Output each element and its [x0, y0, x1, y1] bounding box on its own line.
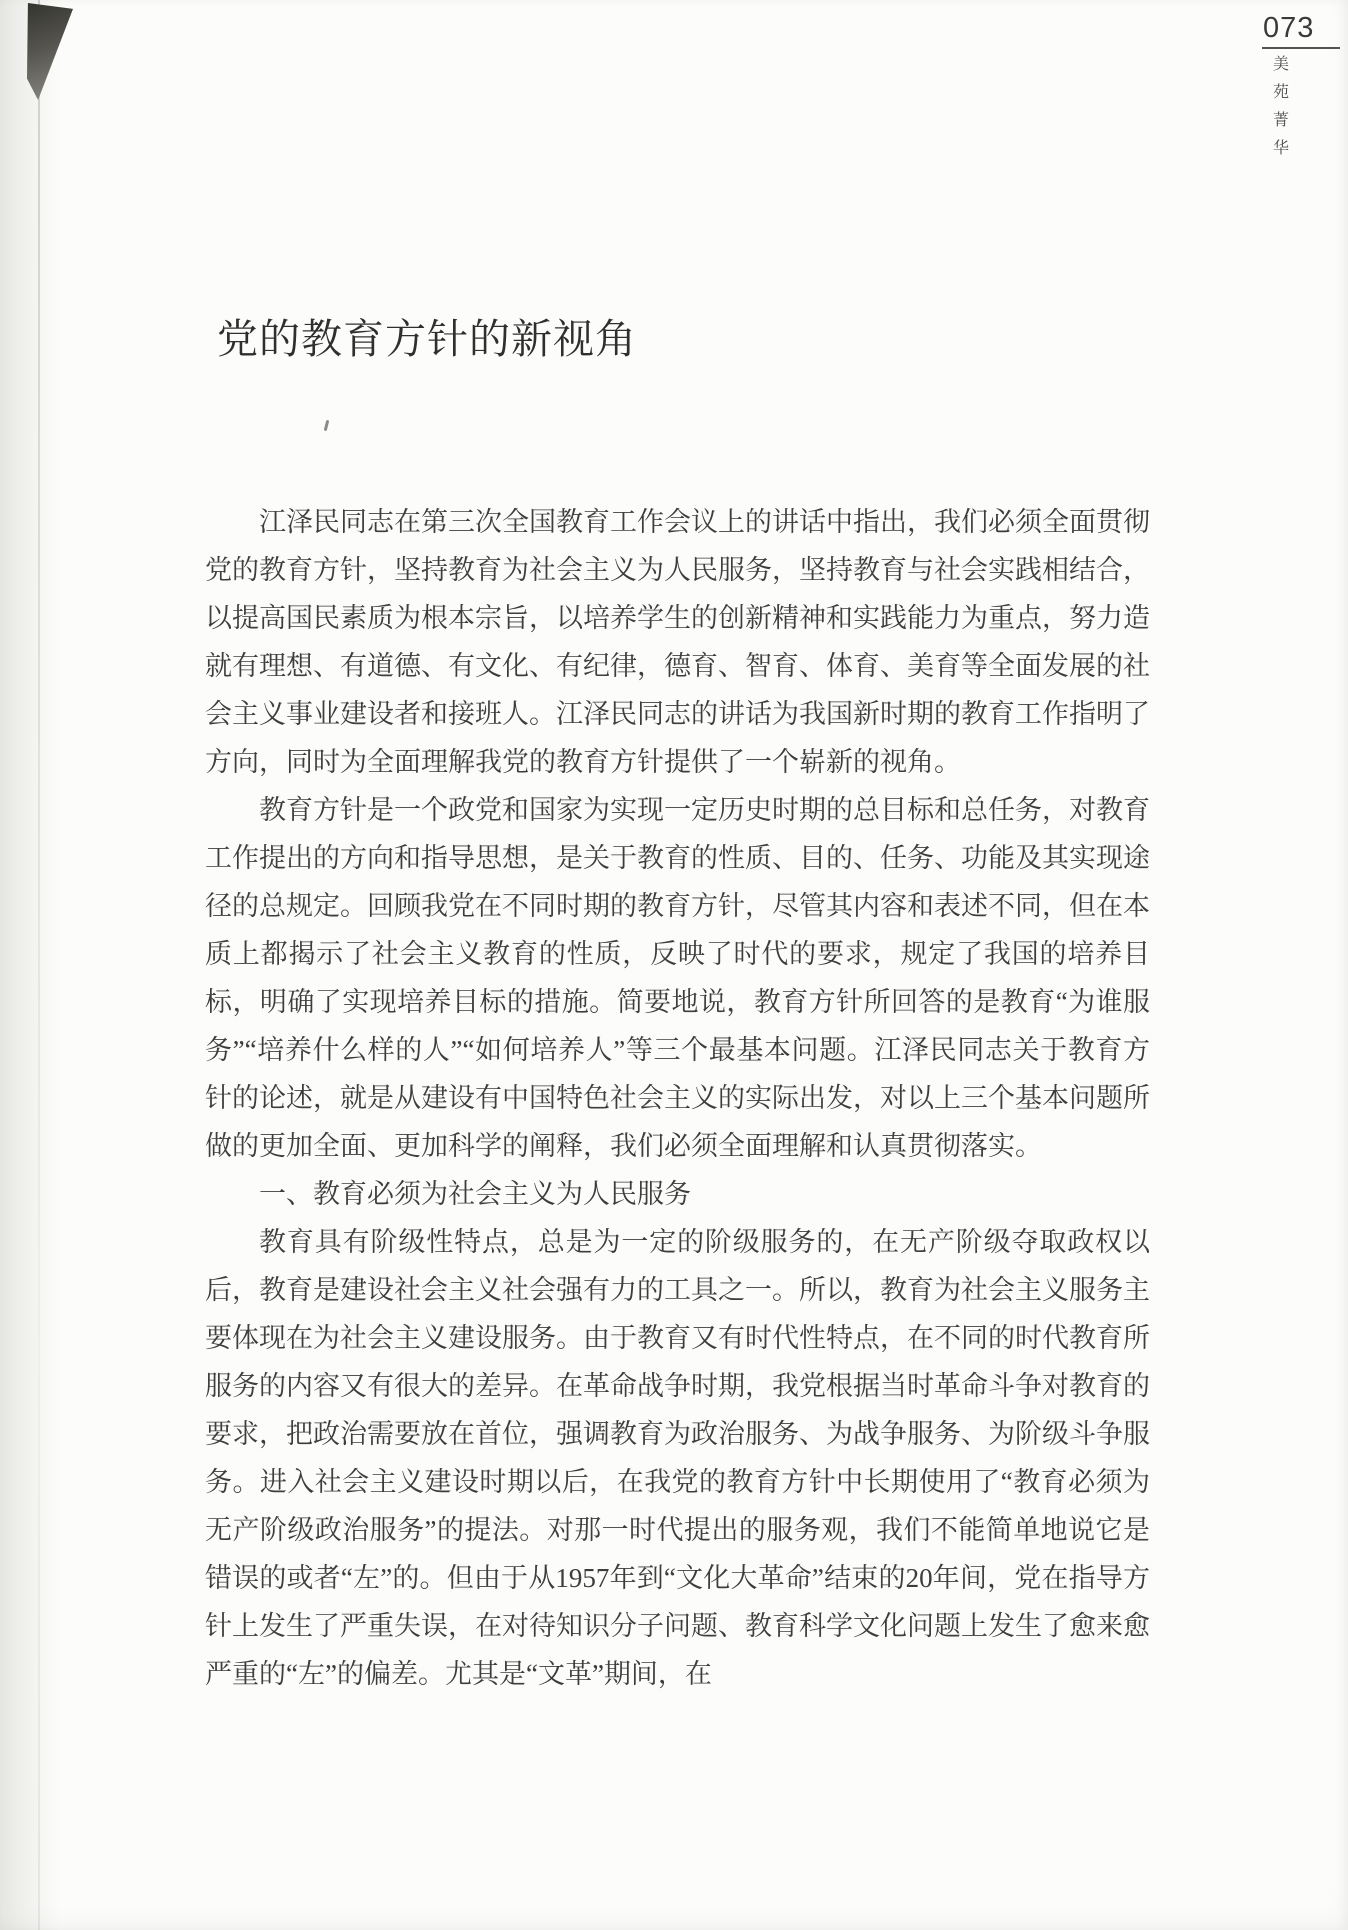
journal-name-char: 华: [1271, 141, 1291, 157]
journal-name-char: 美: [1271, 57, 1291, 73]
article-title: 党的教育方针的新视角: [217, 313, 1150, 366]
paragraph-intro: 江泽民同志在第三次全国教育工作会议上的讲话中指出，我们必须全面贯彻党的教育方针，…: [205, 498, 1150, 786]
journal-name-vertical: 美 苑 菁 华: [1271, 57, 1291, 157]
page-corner-fold-artifact: [27, 3, 73, 100]
page-left-edge-line: [38, 0, 40, 1930]
page-left-edge-shadow: [0, 0, 70, 1930]
journal-name-char: 苑: [1271, 85, 1291, 101]
page-number: 073: [1263, 12, 1314, 45]
page-number-underline: [1262, 47, 1340, 49]
article: 党的教育方针的新视角 江泽民同志在第三次全国教育工作会议上的讲话中指出，我们必须…: [205, 300, 1150, 1698]
paragraph-section-one-body: 教育具有阶级性特点，总是为一定的阶级服务的，在无产阶级夺取政权以后，教育是建设社…: [205, 1218, 1150, 1698]
journal-name-char: 菁: [1271, 113, 1291, 129]
section-heading-one: 一、教育必须为社会主义为人民服务: [205, 1170, 1150, 1218]
scanned-page: 073 美 苑 菁 华 党的教育方针的新视角 江泽民同志在第三次全国教育工作会议…: [0, 0, 1348, 1930]
paragraph-policy-definition: 教育方针是一个政党和国家为实现一定历史时期的总目标和总任务，对教育工作提出的方向…: [205, 786, 1150, 1170]
